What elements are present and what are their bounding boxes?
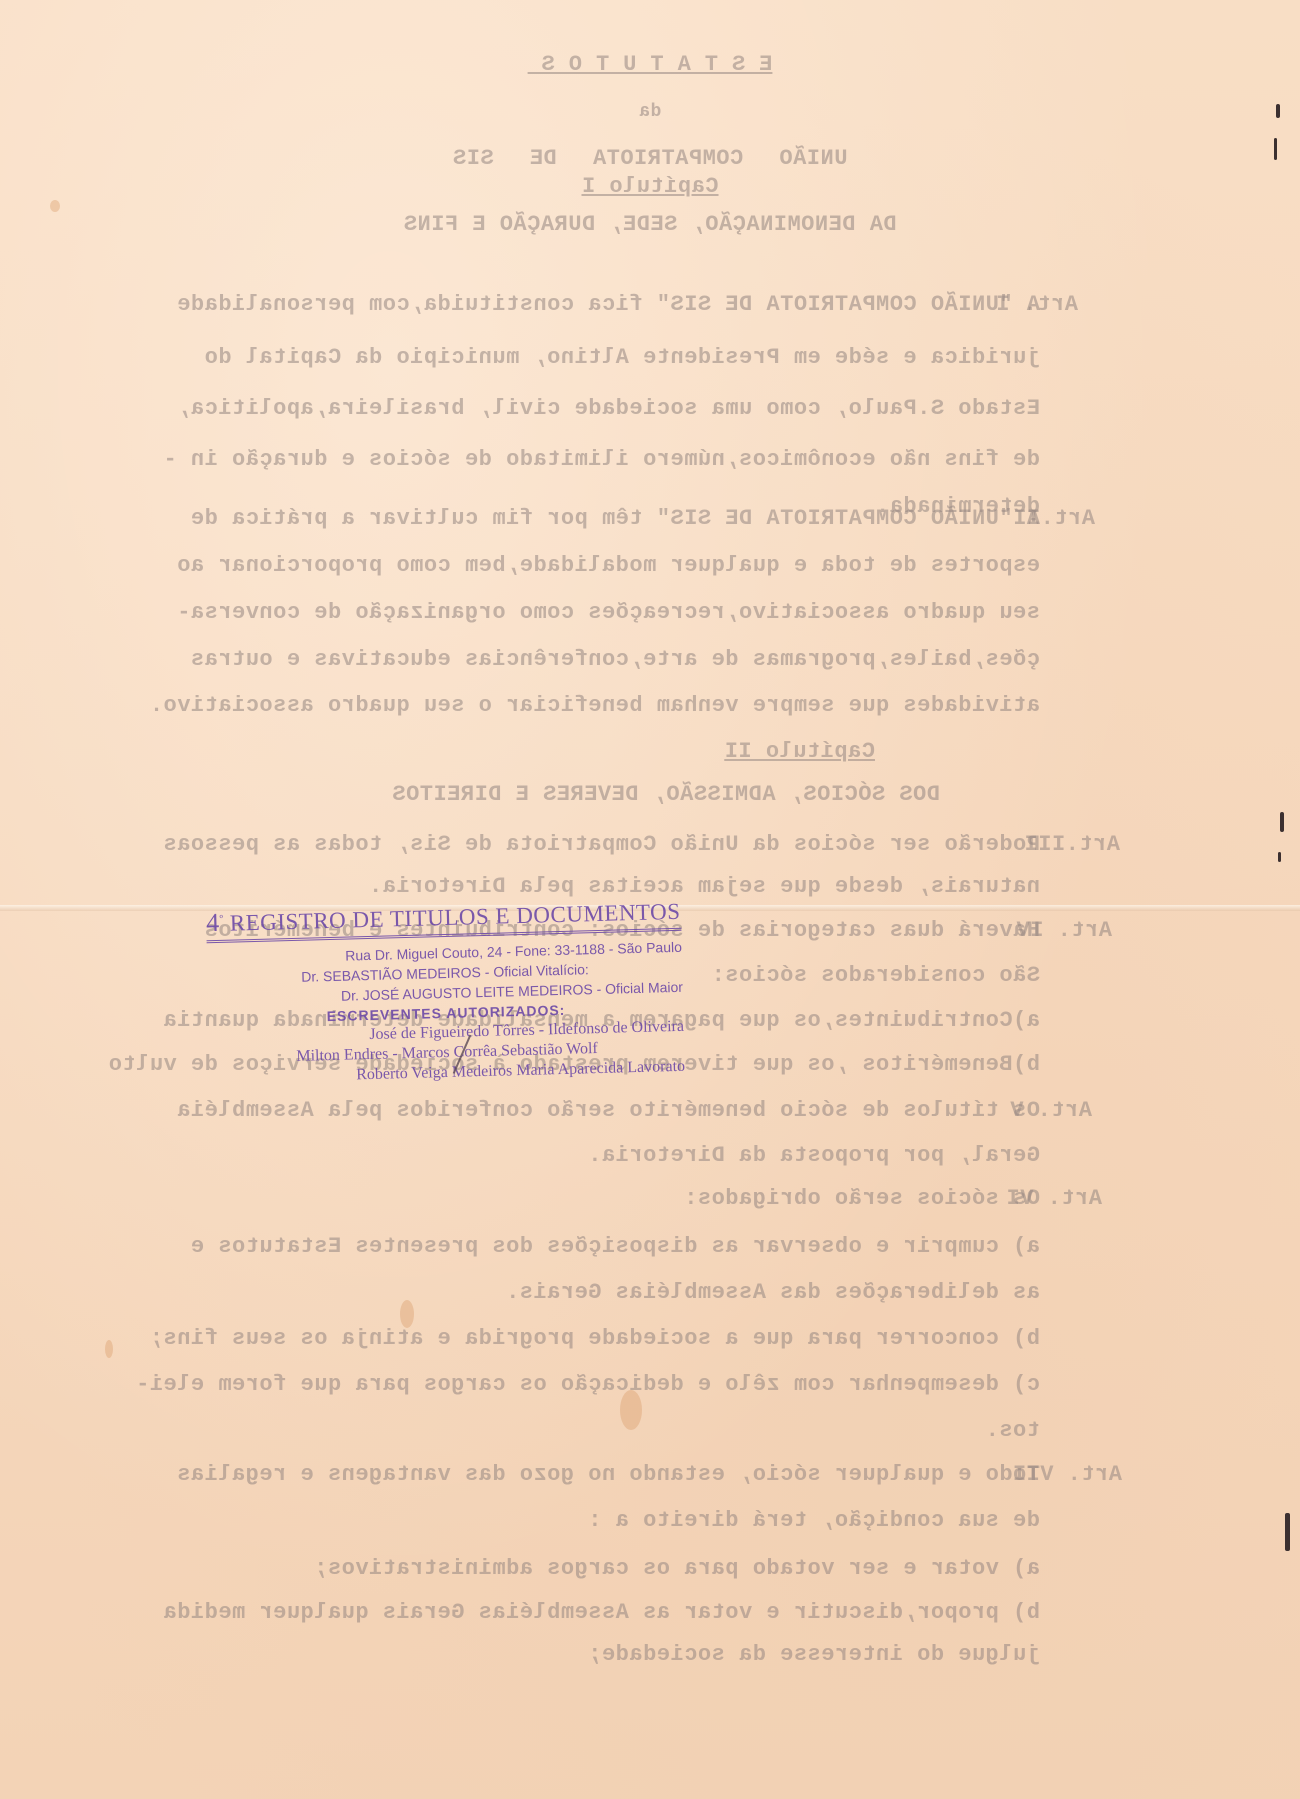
art-2-line: ções,bailes,programas de arte,conferênci…: [190, 647, 1040, 672]
art-7-line: a) votar e ser votado para os cargos adm…: [314, 1556, 1040, 1581]
chapter-1-title: Capítulo I: [0, 174, 1300, 199]
doc-title: ESTATUTOS: [0, 52, 1300, 77]
art-2-line: esportes de toda e qualquer modalidade,b…: [177, 553, 1040, 578]
art-6-line: Os sócios serão obrigados:: [684, 1186, 1040, 1211]
margin-mark: [1285, 1513, 1290, 1551]
margin-mark: [1276, 104, 1280, 118]
art-6-line: tos.: [985, 1418, 1040, 1443]
art-4-line: São considerados sócios:: [711, 963, 1040, 988]
margin-mark: [1280, 812, 1284, 832]
chapter-2-title: Capítulo II: [724, 739, 875, 764]
art-6-line: c) desempenhar com zêlo e dedicação os c…: [136, 1372, 1040, 1397]
art-2-line: atividades que sempre venham beneficiar …: [149, 693, 1040, 718]
art-5-line: Geral, por proposta da Diretoria.: [588, 1143, 1040, 1168]
art-1-line: A "UNIÃO COMPATRIOTA DE SIS" fica consti…: [26, 292, 1040, 317]
art-6-line: b) concorrer para que a sociedade progri…: [149, 1326, 1040, 1351]
document-page: ESTATUTOS da UNIÃO COMPATRIOTA DE SIS Ca…: [0, 0, 1300, 1799]
chapter-1-heading: DA DENOMINAÇÃO, SEDE, DURAÇÃO E FINS: [0, 212, 1300, 237]
entity-name: UNIÃO COMPATRIOTA DE SIS: [0, 146, 1300, 171]
art-1-line: Estado S.Paulo, como uma sociedade civil…: [177, 396, 1040, 421]
art-2-line: seu quadro associativo,recreações como o…: [177, 600, 1040, 625]
art-3-line: naturais, desde que sejam aceitas pela D…: [369, 874, 1040, 899]
art-5-line: Os títulos de sócio benemérito serão con…: [177, 1098, 1040, 1123]
art-1-line: de fins não econômicos,número ilimitado …: [163, 447, 1040, 472]
art-2-line: A "UNIÃO COMPATRIOTA DE SIS" têm por fim…: [190, 506, 1040, 531]
art-7-line: de sua condição, terá direito a :: [588, 1508, 1040, 1533]
art-7-line: b) propor,discutir e votar as Assembléia…: [163, 1600, 1040, 1625]
margin-mark: [1274, 138, 1277, 160]
chapter-2-heading: DOS SÓCIOS, ADMISSÃO, DEVERES E DIREITOS: [392, 782, 940, 807]
registry-stamp: 4º REGISTRO DE TITULOS E DOCUMENTOS Rua …: [206, 896, 686, 1089]
art-7-line: Todo e qualquer sócio, estando no gozo d…: [177, 1462, 1040, 1487]
art-7-line: julgue do interesse da sociedade;: [588, 1642, 1040, 1667]
margin-mark: [1278, 852, 1281, 862]
art-6-line: as deliberações das Assembléias Gerais.: [506, 1280, 1040, 1305]
art-3-line: Poderão ser sócios da União Compatriota …: [163, 832, 1040, 857]
art-6-line: a) cumprir e observar as disposições dos…: [190, 1234, 1040, 1259]
doc-subtitle: da: [0, 102, 1300, 122]
art-1-line: juridica e séde em Presidente Altino, mu…: [204, 345, 1040, 370]
